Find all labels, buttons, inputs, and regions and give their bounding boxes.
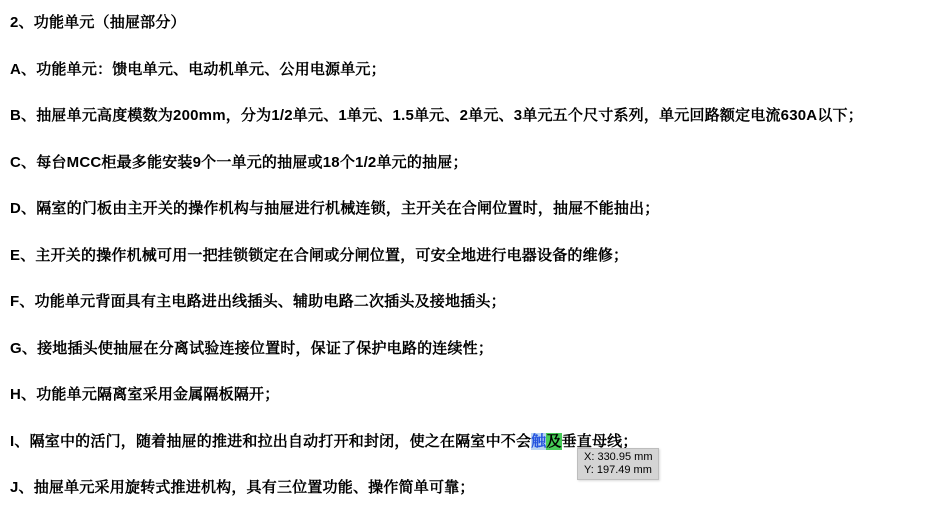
selected-text[interactable]: 触 [531, 433, 546, 450]
list-item-i: I、隔室中的活门，随着抽屉的推进和拉出自动打开和封闭，使之在隔室中不会触及垂直母… [10, 419, 943, 466]
list-item-i-post: 垂直母线； [562, 433, 638, 450]
list-item-f: F、功能单元背面具有主电路进出线插头、辅助电路二次插头及接地插头； [10, 279, 943, 326]
list-item-a: A、功能单元：馈电单元、电动机单元、公用电源单元； [10, 47, 943, 94]
list-item-j: J、抽屉单元采用旋转式推进机构，具有三位置功能、操作简单可靠； [10, 465, 943, 512]
document-body: 2、功能单元（抽屉部分） A、功能单元：馈电单元、电动机单元、公用电源单元； B… [10, 0, 943, 512]
highlighted-text[interactable]: 及 [546, 433, 561, 450]
document-page: 2、功能单元（抽屉部分） A、功能单元：馈电单元、电动机单元、公用电源单元； B… [0, 0, 943, 512]
coordinate-tooltip-y: Y: 197.49 mm [584, 464, 652, 477]
list-item-h: H、功能单元隔离室采用金属隔板隔开； [10, 372, 943, 419]
list-item-g: G、接地插头使抽屉在分离试验连接位置时，保证了保护电路的连续性； [10, 326, 943, 373]
coordinate-tooltip: X: 330.95 mm Y: 197.49 mm [577, 448, 659, 480]
list-item-i-pre: I、隔室中的活门，随着抽屉的推进和拉出自动打开和封闭，使之在隔室中不会 [10, 433, 531, 450]
list-item-b: B、抽屉单元高度模数为200mm，分为1/2单元、1单元、1.5单元、2单元、3… [10, 93, 943, 140]
list-item-e: E、主开关的操作机械可用一把挂锁锁定在合闸或分闸位置，可安全地进行电器设备的维修… [10, 233, 943, 280]
coordinate-tooltip-x: X: 330.95 mm [584, 451, 652, 464]
list-item-d: D、隔室的门板由主开关的操作机构与抽屉进行机械连锁，主开关在合闸位置时，抽屉不能… [10, 186, 943, 233]
list-item-c: C、每台MCC柜最多能安装9个一单元的抽屉或18个1/2单元的抽屉； [10, 140, 943, 187]
section-title: 2、功能单元（抽屉部分） [10, 0, 943, 47]
